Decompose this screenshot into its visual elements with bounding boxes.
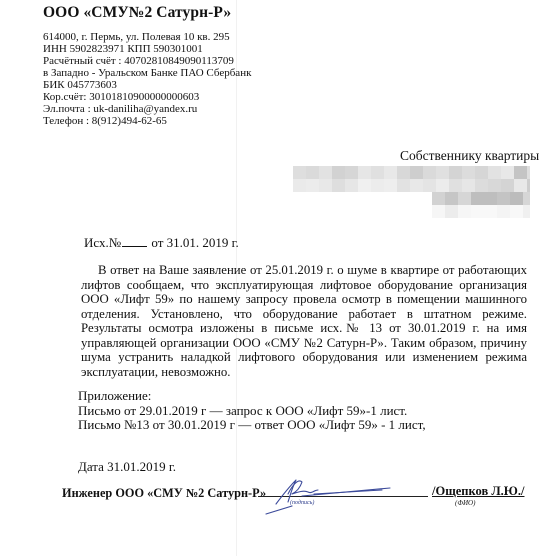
requisite-inn-kpp: ИНН 5902823971 КПП 590301001: [43, 43, 251, 55]
redaction-cell: [514, 179, 527, 192]
handwritten-signature-icon: [262, 474, 392, 516]
requisite-account: Расчётный счёт : 40702810849090113709: [43, 55, 251, 67]
redaction-cell: [510, 192, 523, 205]
redaction-cell: [306, 179, 319, 192]
outgoing-date: от 31.01. 2019 г.: [151, 235, 238, 250]
recipient-label: Собственнику квартиры: [400, 148, 539, 164]
redaction-cell: [458, 205, 471, 218]
redaction-cell: [358, 166, 371, 179]
redaction-cell: [293, 166, 306, 179]
redaction-cell: [501, 179, 514, 192]
redaction-cell: [497, 205, 510, 218]
redaction-cell: [397, 179, 410, 192]
redaction-cell: [523, 205, 530, 218]
redaction-cell: [514, 166, 527, 179]
redaction-cell: [423, 179, 436, 192]
redaction-cell: [488, 179, 501, 192]
requisite-corr-account: Кор.счёт: 30101810900000000603: [43, 91, 251, 103]
redaction-cell: [319, 179, 332, 192]
redaction-cell: [306, 166, 319, 179]
redaction-cell: [471, 192, 484, 205]
redaction-cell: [384, 179, 397, 192]
redaction-cell: [527, 179, 530, 192]
redaction-cell: [497, 192, 510, 205]
redaction-cell: [458, 192, 471, 205]
redaction-cell: [358, 179, 371, 192]
requisite-email: Эл.почта : uk-daniliha@yandex.ru: [43, 103, 251, 115]
organization-requisites: 614000, г. Пермь, ул. Полевая 10 кв. 295…: [43, 31, 251, 127]
redaction-cell: [484, 205, 497, 218]
redaction-cell: [436, 166, 449, 179]
signer-name-caption: (ФИО): [455, 499, 475, 507]
letter-date: Дата 31.01.2019 г.: [78, 459, 176, 475]
redaction-cell: [397, 166, 410, 179]
attachment-item: Письмо от 29.01.2019 г — запрос к ООО «Л…: [78, 404, 426, 419]
redaction-cell: [436, 179, 449, 192]
outgoing-number: Исх.№ от 31.01. 2019 г.: [84, 235, 239, 251]
redaction-cell: [501, 166, 514, 179]
redaction-cell: [384, 166, 397, 179]
redaction-cell: [462, 166, 475, 179]
redaction-cell: [510, 205, 523, 218]
redaction-cell: [445, 205, 458, 218]
redaction-cell: [445, 192, 458, 205]
attachments: Приложение: Письмо от 29.01.2019 г — зап…: [78, 389, 426, 433]
requisite-bik: БИК 045773603: [43, 79, 251, 91]
redaction-cell: [449, 166, 462, 179]
signer-name: /Ощепков Л.Ю./: [432, 484, 524, 499]
redaction-cell: [462, 179, 475, 192]
redaction-cell: [471, 205, 484, 218]
signature-caption: (подпись): [290, 500, 314, 506]
redaction-cell: [475, 166, 488, 179]
redaction-cell: [371, 179, 384, 192]
redaction-cell: [527, 166, 530, 179]
redaction-cell: [410, 166, 423, 179]
outgoing-prefix: Исх.№: [84, 235, 121, 250]
organization-title: ООО «СМУ№2 Сатурн-Р»: [43, 4, 231, 22]
attachment-item: Письмо №13 от 30.01.2019 г — ответ ООО «…: [78, 418, 426, 433]
letter-body: В ответ на Ваше заявление от 25.01.2019 …: [81, 263, 527, 379]
redaction-cell: [371, 166, 384, 179]
redaction-cell: [523, 192, 530, 205]
redaction-cell: [319, 166, 332, 179]
requisite-address: 614000, г. Пермь, ул. Полевая 10 кв. 295: [43, 31, 251, 43]
redaction-cell: [449, 179, 462, 192]
redaction-cell: [432, 205, 445, 218]
redaction-cell: [332, 179, 345, 192]
requisite-phone: Телефон : 8(912)494-62-65: [43, 115, 251, 127]
redaction-cell: [432, 192, 445, 205]
letter-paragraph: В ответ на Ваше заявление от 25.01.2019 …: [81, 263, 527, 379]
redaction-cell: [484, 192, 497, 205]
redaction-cell: [410, 179, 423, 192]
redaction-cell: [293, 179, 306, 192]
outgoing-number-blank: [122, 236, 147, 247]
attachments-title: Приложение:: [78, 389, 426, 404]
redaction-cell: [345, 179, 358, 192]
redaction-cell: [423, 166, 436, 179]
requisite-bank: в Западно - Уральском Банке ПАО Сбербанк: [43, 67, 251, 79]
redaction-cell: [332, 166, 345, 179]
redaction-cell: [475, 179, 488, 192]
redaction-cell: [345, 166, 358, 179]
signer-position: Инженер ООО «СМУ №2 Сатурн-Р»: [62, 486, 266, 501]
redaction-cell: [488, 166, 501, 179]
